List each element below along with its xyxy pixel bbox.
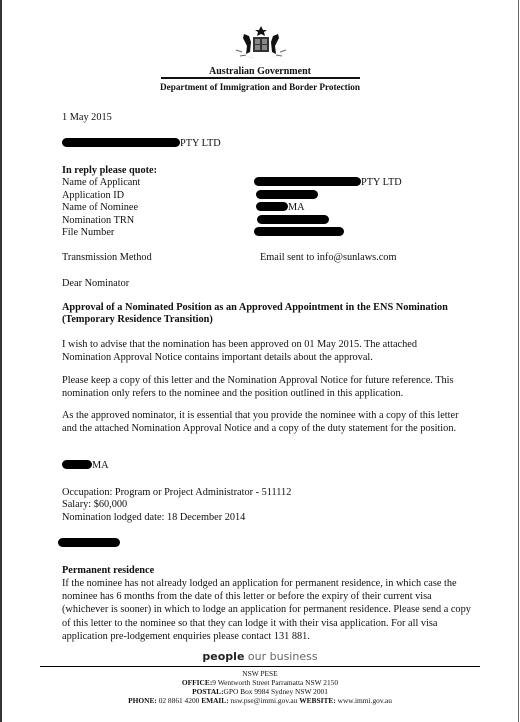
- lodged-date: Nomination lodged date: 18 December 2014: [62, 512, 245, 524]
- field-label-application-id: Application ID: [62, 190, 124, 202]
- subject-line-2: (Temporary Residence Transition): [62, 314, 213, 326]
- transmission-label: Transmission Method: [62, 252, 152, 264]
- footer-rule: [40, 666, 480, 667]
- field-label-applicant: Name of Applicant: [62, 177, 140, 189]
- postal-value: GPO Box 9984 Sydney NSW 2001: [224, 687, 328, 696]
- redaction: [256, 190, 318, 199]
- coat-of-arms-icon: [232, 24, 290, 64]
- field-value-applicant: PTY LTD: [254, 177, 402, 189]
- phone-label: PHONE:: [128, 696, 157, 705]
- field-value-text: MA: [288, 202, 305, 213]
- website-value[interactable]: www.immi.gov.au: [336, 696, 392, 705]
- redaction: [256, 202, 288, 211]
- salutation: Dear Nominator: [62, 278, 129, 290]
- subject-line-1: Approval of a Nominated Position as an A…: [62, 302, 448, 314]
- page-edge-right: [518, 0, 519, 722]
- field-label-file-number: File Number: [62, 227, 114, 239]
- addressee: PTY LTD: [62, 138, 221, 150]
- redaction: [62, 460, 92, 469]
- redaction: [254, 177, 361, 186]
- department-name: Department of Immigration and Border Pro…: [0, 81, 520, 93]
- redaction: [62, 138, 180, 147]
- redaction: [58, 538, 120, 547]
- occupation: Occupation: Program or Project Administr…: [62, 487, 291, 499]
- transmission-value: Email sent to info@sunlaws.com: [260, 252, 396, 264]
- footer-office: OFFICE:9 Wentworth Street Parramatta NSW…: [0, 678, 520, 687]
- reply-heading: In reply please quote:: [62, 165, 157, 177]
- nominee-suffix: MA: [92, 460, 109, 471]
- page-edge-left: [0, 0, 2, 722]
- pr-body: If the nominee has not already lodged an…: [62, 577, 472, 643]
- office-label: OFFICE:: [182, 678, 212, 687]
- phone-value: 02 8861 4200: [157, 696, 201, 705]
- footer-brand: people our business: [0, 650, 520, 663]
- brand-light: our business: [244, 650, 317, 663]
- nominee-name: MA: [62, 460, 109, 472]
- field-value-trn: [257, 215, 329, 227]
- field-value-nominee: MA: [256, 202, 305, 214]
- letter-date: 1 May 2015: [62, 112, 112, 124]
- postal-label: POSTAL:: [192, 687, 223, 696]
- field-label-nominee: Name of Nominee: [62, 202, 138, 214]
- paragraph-provide-copy: As the approved nominator, it is essenti…: [62, 409, 474, 435]
- field-value-text: PTY LTD: [361, 177, 402, 188]
- email-label: EMAIL:: [201, 696, 229, 705]
- field-value-application-id: [256, 190, 318, 202]
- header-rule: [161, 77, 360, 79]
- redaction: [257, 215, 329, 224]
- salary: Salary: $60,000: [62, 499, 127, 511]
- redacted-signatory: [58, 538, 120, 550]
- paragraph-keep-copy: Please keep a copy of this letter and th…: [62, 374, 462, 400]
- website-label: WEBSITE:: [299, 696, 336, 705]
- brand-strong: people: [202, 650, 244, 663]
- email-value[interactable]: nsw.pse@immi.gov.au: [229, 696, 300, 705]
- addressee-suffix: PTY LTD: [180, 138, 221, 149]
- redaction: [254, 227, 344, 236]
- field-label-trn: Nomination TRN: [62, 215, 134, 227]
- footer-postal: POSTAL:GPO Box 9984 Sydney NSW 2001: [0, 687, 520, 696]
- footer-contact: PHONE: 02 8861 4200 EMAIL: nsw.pse@immi.…: [0, 696, 520, 705]
- pr-heading: Permanent residence: [62, 565, 154, 577]
- footer-office-name: NSW PESE: [0, 669, 520, 678]
- field-value-file-number: [254, 227, 344, 239]
- office-value: 9 Wentworth Street Parramatta NSW 2150: [212, 678, 338, 687]
- paragraph-approval: I wish to advise that the nomination has…: [62, 338, 462, 364]
